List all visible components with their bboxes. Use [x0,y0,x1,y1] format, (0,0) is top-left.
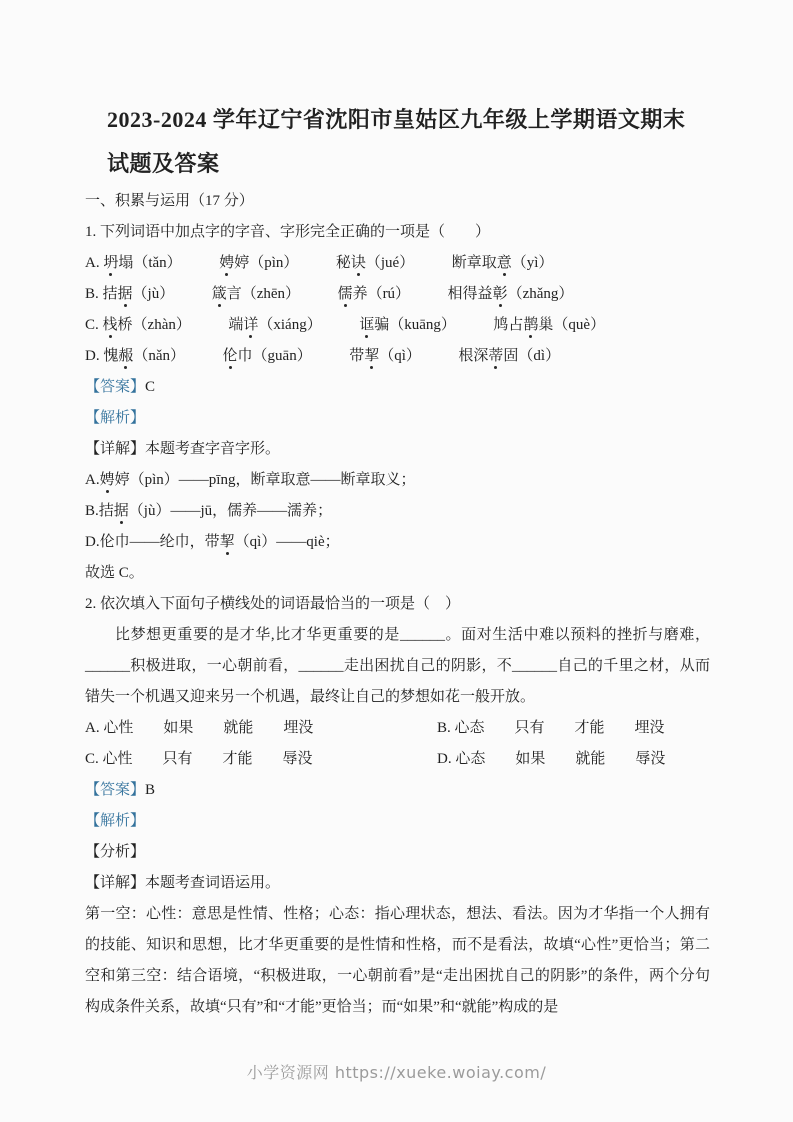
detail-label: 【详解】 [85,875,145,891]
dotted-char: 据 [118,286,133,302]
q1-explain-a: A.娉婷（pìn）——pīng，断章取意——断章取义； [85,465,710,496]
document-body: 2023-2024 学年辽宁省沈阳市皇姑区九年级上学期语文期末 试题及答案 一、… [85,98,710,1023]
q1-stem: 1. 下列词语中加点字的字音、字形完全正确的一项是（ ） [85,217,710,248]
dotted-char: 挈 [220,534,235,550]
q2-option-b: B. 心态 只有 才能 埋没 [437,713,710,744]
text-segment: （jué） 断章取 [366,255,497,271]
text-segment: A. [85,255,103,271]
detail-intro: 本题考查词语运用。 [145,875,280,891]
q2-option-a: A. 心性 如果 就能 埋没 [85,713,437,744]
jiexi-label: 【解析】 [85,410,145,426]
q1-explain-b: B.拮据（jù）——jū，儒养——濡养； [85,496,710,527]
q2-options-row-1: A. 心性 如果 就能 埋没 B. 心态 只有 才能 埋没 [85,713,710,744]
answer-label: 【答案】 [85,379,145,395]
dotted-char: 伦 [223,348,238,364]
q2-answer-line: 【答案】B [85,775,710,806]
text-segment: 巢（què） [538,317,605,333]
q1-option-d: D. 愧赧（nǎn） 伦巾（guān） 带挈（qì） 根深蒂固（dì） [85,341,710,372]
page: { "page": { "background": "#fbfbfb", "te… [0,0,793,1122]
q2-fenxi-line: 【分析】 [85,837,710,868]
detail-label: 【详解】 [85,441,145,457]
footer-watermark-text: 小学资源网 https://xueke.woiay.com/ [247,1063,546,1082]
answer-value: C [145,379,155,395]
dotted-char: 蒂 [488,348,503,364]
jiexi-label: 【解析】 [85,813,145,829]
q2-xiangjie-line: 【详解】本题考查词语运用。 [85,868,710,899]
section-heading: 一、积累与运用（17 分） [85,186,710,217]
text-segment: 桥（zhàn） 端 [118,317,244,333]
dotted-char: 彰 [493,286,508,302]
text-segment: （zhǎng） [508,286,574,302]
q2-option-c: C. 心性 只有 才能 辱没 [85,744,437,775]
q2-detail-para: 第一空：心性：意思是性情、性格；心态：指心理状态，想法、看法。因为才华指一个人拥… [85,899,710,1023]
text-segment: （xiáng） [258,317,359,333]
q2-passage: 比梦想更重要的是才华,比才华更重要的是______。面对生活中难以预料的挫折与磨… [85,620,710,713]
document-title: 2023-2024 学年辽宁省沈阳市皇姑区九年级上学期语文期末 试题及答案 [85,98,710,186]
q2-options-row-2: C. 心性 只有 才能 辱没 D. 心态 如果 就能 辱没 [85,744,710,775]
q1-explain-d: D.伦巾——纶巾，带挈（qì）——qiè； [85,527,710,558]
q1-conclusion: 故选 C。 [85,558,710,589]
dotted-char: 栈 [103,317,118,333]
q2-stem: 2. 依次填入下面句子横线处的词语最恰当的一项是（ ） [85,589,710,620]
dotted-char: 挈 [364,348,379,364]
text-segment: A. [85,472,100,488]
dotted-char: 箴 [212,286,227,302]
title-line-1: 2023-2024 学年辽宁省沈阳市皇姑区九年级上学期语文期末 [107,98,710,142]
dotted-char: 详 [243,317,258,333]
answer-value: B [145,782,155,798]
footer: 小学资源网 https://xueke.woiay.com/ [0,1060,793,1083]
q2-jiexi-line: 【解析】 [85,806,710,837]
text-segment: 婷（pìn）——pīng，断章取意——断章取义； [115,472,416,488]
dotted-char: 赧 [118,348,133,364]
q1-jiexi-line: 【解析】 [85,403,710,434]
dotted-char: 诓 [359,317,374,333]
fenxi-label: 【分析】 [85,844,145,860]
text-segment: （qì）——qiè； [235,534,340,550]
text-segment: 言（zhēn） [227,286,338,302]
text-segment: （nǎn） [133,348,222,364]
text-segment: 养（rú） 相得益 [353,286,493,302]
q1-option-a: A. 坍塌（tǎn） 娉婷（pìn） 秘诀（jué） 断章取意（yì） [85,248,710,279]
text-segment: 巾（guān） 带 [238,348,365,364]
text-segment: B.拮 [85,503,114,519]
text-segment: （jù）——jū，儒养——濡养； [129,503,332,519]
title-line-2: 试题及答案 [107,142,710,186]
text-segment: 塌（tǎn） [118,255,219,271]
q1-xiangjie-line: 【详解】本题考查字音字形。 [85,434,710,465]
text-segment: D. 愧 [85,348,118,364]
dotted-char: 意 [497,255,512,271]
text-segment: 固（dì） [503,348,560,364]
answer-label: 【答案】 [85,782,145,798]
text-segment: 骗（kuāng） 鸠占 [374,317,523,333]
q1-option-c: C. 栈桥（zhàn） 端详（xiáng） 诓骗（kuāng） 鸠占鹊巢（què… [85,310,710,341]
dotted-char: 据 [114,503,129,519]
text-segment: B. 拮 [85,286,118,302]
q1-answer-line: 【答案】C [85,372,710,403]
dotted-char: 娉 [219,255,234,271]
dotted-char: 娉 [100,472,115,488]
dotted-char: 坍 [103,255,118,271]
text-segment: D.伦巾——纶巾，带 [85,534,220,550]
detail-intro: 本题考查字音字形。 [145,441,280,457]
dotted-char: 诀 [351,255,366,271]
text-segment: 婷（pìn） 秘 [234,255,351,271]
text-segment: （jù） [133,286,212,302]
dotted-char: 儒 [338,286,353,302]
text-segment: （qì） 根深 [379,348,488,364]
q2-option-d: D. 心态 如果 就能 辱没 [437,744,710,775]
text-segment: （yì） [512,255,554,271]
q1-option-b: B. 拮据（jù） 箴言（zhēn） 儒养（rú） 相得益彰（zhǎng） [85,279,710,310]
dotted-char: 鹊 [523,317,538,333]
text-segment: C. [85,317,103,333]
